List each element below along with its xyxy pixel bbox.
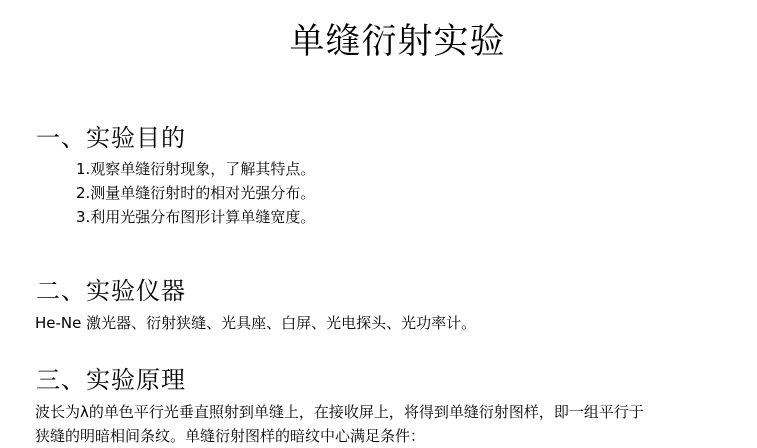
page-title: 单缝衍射实验: [0, 18, 757, 66]
principle-line-1: 波长为λ的单色平行光垂直照射到单缝上，在接收屏上，将得到单缝衍射图样，即一组平行…: [35, 400, 750, 424]
section-heading-objectives: 一、实验目的: [36, 122, 186, 154]
list-item: 2.测量单缝衍射时的相对光强分布。: [76, 181, 315, 205]
section-heading-instruments: 二、实验仪器: [36, 275, 186, 307]
section-heading-principle: 三、实验原理: [36, 364, 186, 396]
instruments-text: He-Ne 激光器、衍射狭缝、光具座、白屏、光电探头、光功率计。: [35, 311, 750, 335]
objectives-list: 1.观察单缝衍射现象，了解其特点。 2.测量单缝衍射时的相对光强分布。 3.利用…: [76, 157, 315, 229]
list-item: 3.利用光强分布图形计算单缝宽度。: [76, 205, 315, 229]
list-item: 1.观察单缝衍射现象，了解其特点。: [76, 157, 315, 181]
principle-line-2: 狭缝的明暗相间条纹。单缝衍射图样的暗纹中心满足条件：: [35, 424, 750, 448]
